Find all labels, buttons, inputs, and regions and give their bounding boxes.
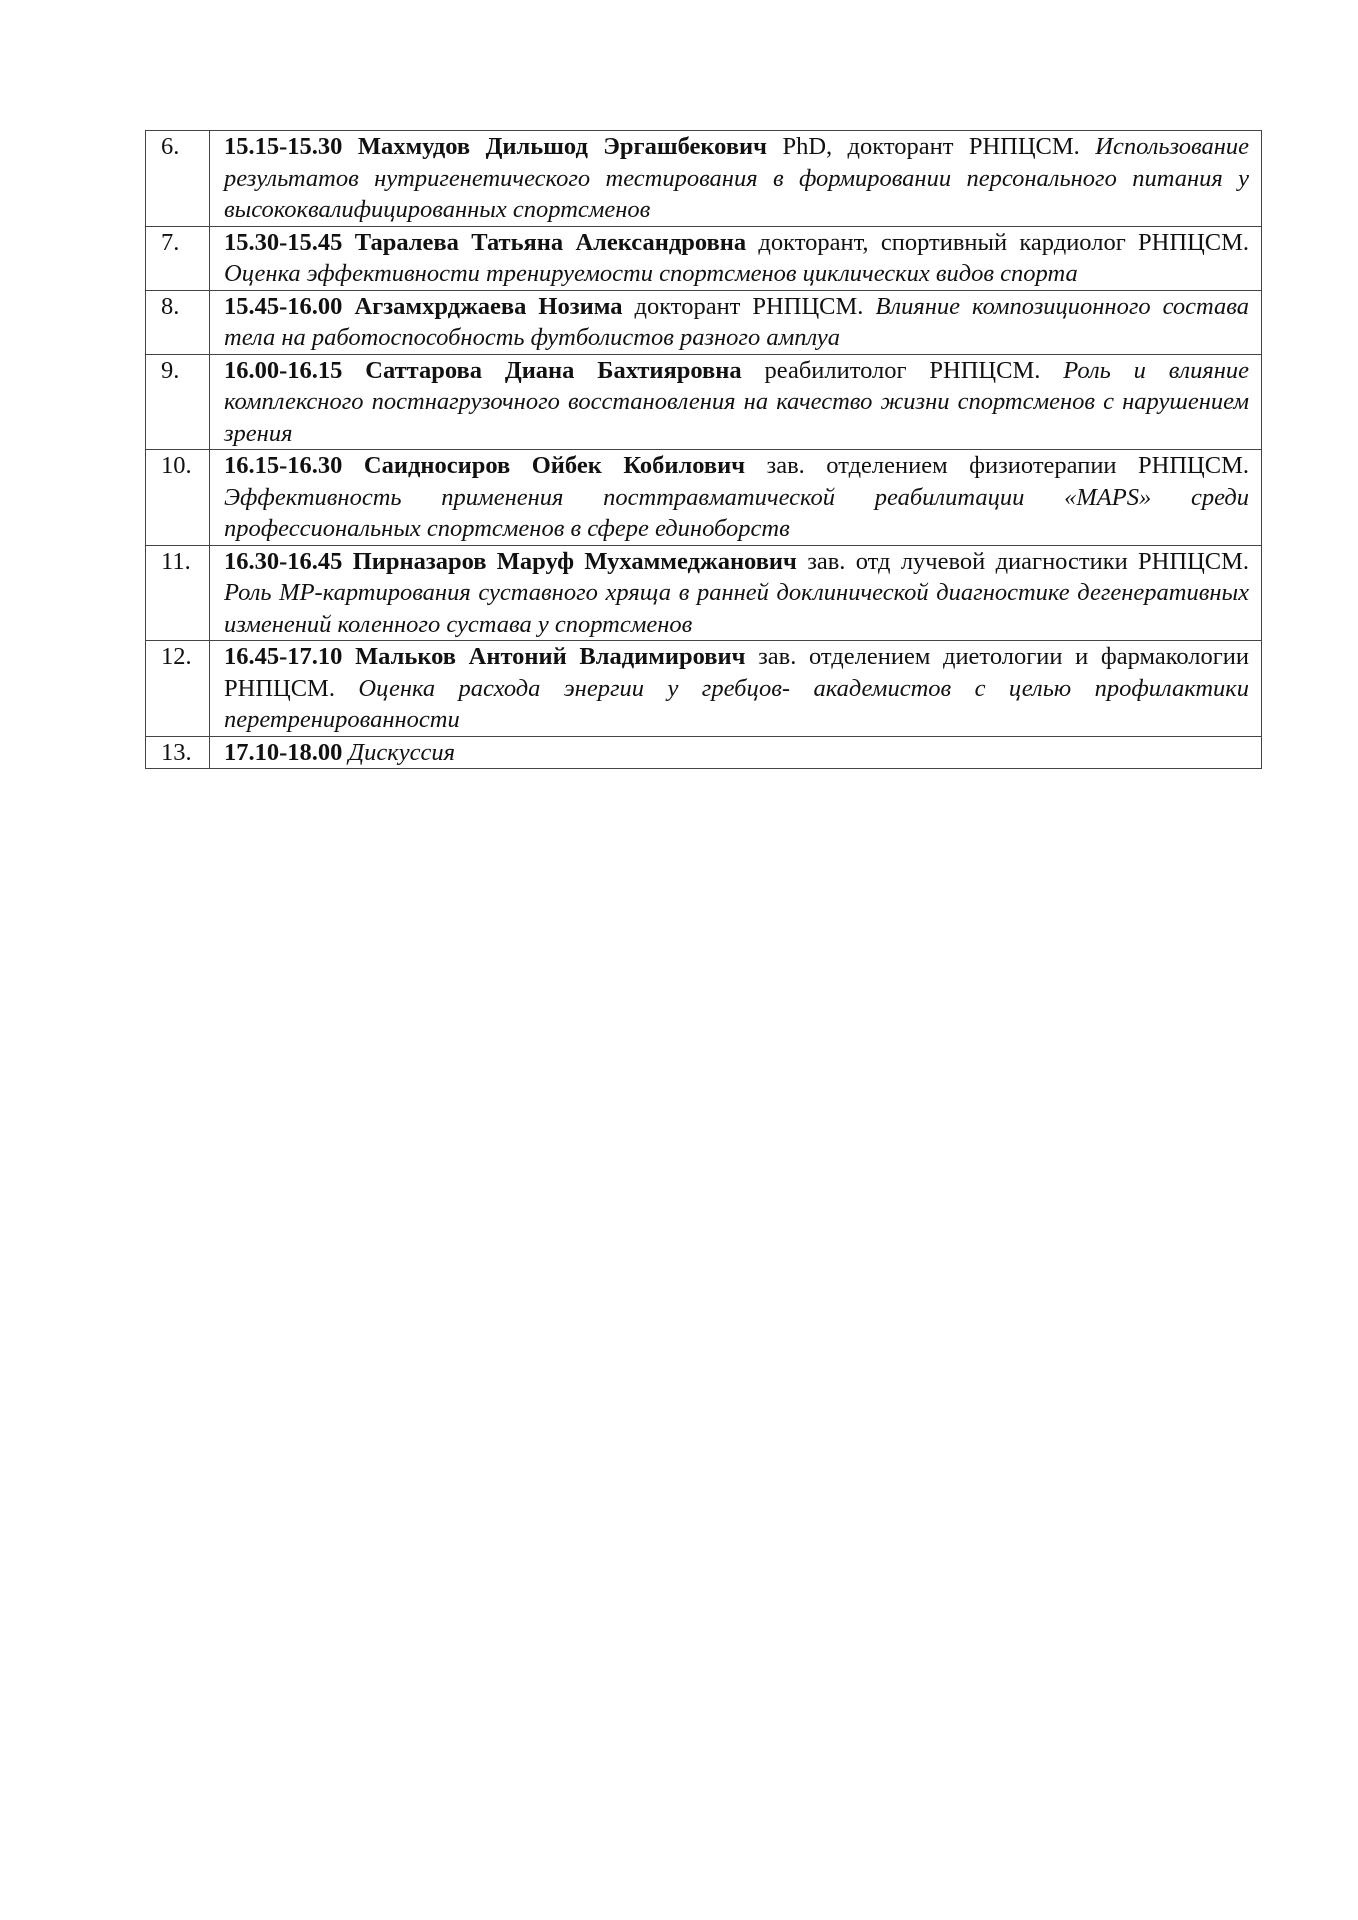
row-content: 17.10-18.00 Дискуссия <box>210 736 1262 769</box>
row-number: 11. <box>146 545 210 641</box>
time-slot: 16.30-16.45 <box>224 548 342 575</box>
talk-topic: Роль МР-картирования суставного хряща в … <box>224 579 1249 638</box>
talk-topic: Дискуссия <box>349 739 455 766</box>
row-content: 15.15-15.30 Махмудов Дильшод Эргашбекови… <box>210 131 1262 227</box>
table-row: 11. 16.30-16.45 Пирназаров Маруф Мухамме… <box>146 545 1262 641</box>
row-number: 13. <box>146 736 210 769</box>
speaker-name: Агзамхрджаева Нозима <box>354 293 622 320</box>
row-content: 16.30-16.45 Пирназаров Маруф Мухаммеджан… <box>210 545 1262 641</box>
speaker-position: реабилитолог РНПЦСМ. <box>765 357 1041 384</box>
program-table: 6. 15.15-15.30 Махмудов Дильшод Эргашбек… <box>145 130 1262 769</box>
row-number: 12. <box>146 641 210 737</box>
row-content: 16.15-16.30 Саидносиров Ойбек Кобилович … <box>210 450 1262 546</box>
time-slot: 15.15-15.30 <box>224 133 342 160</box>
speaker-name: Махмудов Дильшод Эргашбекович <box>358 133 767 160</box>
time-slot: 15.45-16.00 <box>224 293 342 320</box>
table-row: 6. 15.15-15.30 Махмудов Дильшод Эргашбек… <box>146 131 1262 227</box>
table-row: 8. 15.45-16.00 Агзамхрджаева Нозима докт… <box>146 290 1262 354</box>
document-page: 6. 15.15-15.30 Махмудов Дильшод Эргашбек… <box>0 0 1358 1920</box>
time-slot: 16.15-16.30 <box>224 452 342 479</box>
row-number: 9. <box>146 354 210 450</box>
speaker-name: Саттарова Диана Бахтияровна <box>365 357 741 384</box>
talk-topic: Оценка эффективности тренируемости спорт… <box>224 260 1078 287</box>
row-number: 7. <box>146 226 210 290</box>
row-number: 10. <box>146 450 210 546</box>
row-content: 16.45-17.10 Мальков Антоний Владимирович… <box>210 641 1262 737</box>
talk-topic: Оценка расхода энергии у гребцов- академ… <box>224 675 1249 734</box>
speaker-position: зав. отд лучевой диагностики РНПЦСМ. <box>807 548 1249 575</box>
time-slot: 16.00-16.15 <box>224 357 342 384</box>
table-row: 12. 16.45-17.10 Мальков Антоний Владимир… <box>146 641 1262 737</box>
time-slot: 16.45-17.10 <box>224 643 342 670</box>
table-row: 13. 17.10-18.00 Дискуссия <box>146 736 1262 769</box>
row-content: 15.45-16.00 Агзамхрджаева Нозима доктора… <box>210 290 1262 354</box>
speaker-name: Саидносиров Ойбек Кобилович <box>364 452 745 479</box>
row-number: 8. <box>146 290 210 354</box>
row-content: 15.30-15.45 Таралева Татьяна Александров… <box>210 226 1262 290</box>
speaker-name: Пирназаров Маруф Мухаммеджанович <box>353 548 797 575</box>
speaker-name: Мальков Антоний Владимирович <box>355 643 745 670</box>
speaker-name: Таралева Татьяна Александровна <box>355 229 746 256</box>
row-number: 6. <box>146 131 210 227</box>
table-row: 9. 16.00-16.15 Саттарова Диана Бахтияров… <box>146 354 1262 450</box>
speaker-position: PhD, докторант РНПЦСМ. <box>782 133 1079 160</box>
speaker-position: докторант, спортивный кардиолог РНПЦСМ. <box>758 229 1249 256</box>
table-row: 10. 16.15-16.30 Саидносиров Ойбек Кобило… <box>146 450 1262 546</box>
speaker-position: зав. отделением физиотерапии РНПЦСМ. <box>767 452 1249 479</box>
time-slot: 17.10-18.00 <box>224 739 342 766</box>
speaker-position: докторант РНПЦСМ. <box>635 293 864 320</box>
table-row: 7. 15.30-15.45 Таралева Татьяна Александ… <box>146 226 1262 290</box>
row-content: 16.00-16.15 Саттарова Диана Бахтияровна … <box>210 354 1262 450</box>
talk-topic: Эффективность применения посттравматичес… <box>224 484 1249 543</box>
time-slot: 15.30-15.45 <box>224 229 342 256</box>
